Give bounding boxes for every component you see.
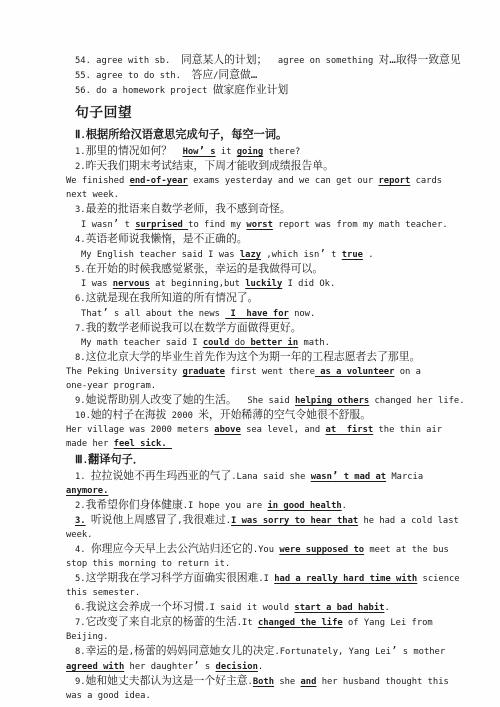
text-segment: it <box>216 147 237 157</box>
text-segment: at beginning,but <box>150 279 245 289</box>
text-segment: week. <box>66 530 92 540</box>
answer-text: 3. <box>75 516 86 526</box>
answer-text: in good health <box>268 501 342 511</box>
answer-text: end-of-year <box>130 176 188 186</box>
answer-text: at first <box>326 425 374 435</box>
answer-line: Her village was 2000 meters above sea le… <box>66 423 464 437</box>
answer-text: How’ s <box>183 147 216 157</box>
text-segment: That’ s all about the news <box>81 309 225 319</box>
text-segment: the thin air <box>373 425 442 435</box>
text-segment: one-year program. <box>66 381 156 391</box>
text-segment: made her <box>66 439 114 449</box>
text-segment: this semester. <box>66 588 140 598</box>
text-segment: 6.我说这会养成一个坏习惯.I said it would <box>75 603 294 613</box>
text-segment: he had a cold last <box>358 516 459 526</box>
text-segment: . <box>342 501 347 511</box>
answer-text: wasn’ t mad at <box>311 472 386 482</box>
exercise-item: 7.我的数学老师说我可以在数学方面做得更好。 <box>66 321 464 336</box>
exercise-item: 1.那里的情况如何？ How’ s it going there? <box>66 144 464 159</box>
text-segment: meet at the bus <box>364 545 449 555</box>
section-title: 句子回望 <box>66 104 464 124</box>
text-segment: 8.幸运的是,杨蕾的妈妈同意她女儿的决定.Fortunately, Yang L… <box>75 647 445 657</box>
answer-text: going <box>237 147 263 157</box>
vocab-item-55: 55. agree to do sth. 答应/同意做… <box>66 68 464 83</box>
answer-text: better in <box>250 338 298 348</box>
text-segment: 2.我希望你们身体健康.I hope you are <box>75 501 268 511</box>
answer-text: lazy <box>240 250 261 260</box>
answer-line: this semester. <box>66 586 464 600</box>
text-segment: to find my <box>188 220 246 230</box>
document-page: 54. agree with sb. 同意某人的计划； agree on som… <box>0 0 500 707</box>
text-segment: stop this morning to return it. <box>66 559 230 569</box>
text-segment: exams yesterday and we can get our <box>188 176 379 186</box>
answer-text: true <box>342 250 363 260</box>
text-segment: 56. do a homework project 做家庭作业计划 <box>75 86 288 96</box>
answer-text: I have for <box>225 309 289 319</box>
answer-line: Beijing. <box>66 630 464 644</box>
text-segment: 3.最差的批语来自数学老师，我不感到奇怪。 <box>75 205 291 215</box>
exercise-item: 3.最差的批语来自数学老师，我不感到奇怪。 <box>66 202 464 217</box>
text-segment: I was <box>81 279 113 289</box>
exercise-item: 6.这就是现在我所知道的所有情况了。 <box>66 291 464 306</box>
text-segment: . <box>258 662 263 672</box>
text-segment: now. <box>289 309 315 319</box>
answer-text: had a really hard time with <box>274 574 417 584</box>
vocab-item-56: 56. do a homework project 做家庭作业计划 <box>66 83 464 98</box>
exercise-item: 3. 听说他上周感冒了,我很难过.I was sorry to hear tha… <box>66 513 464 528</box>
exercise-item: 7.它改变了来自北京的杨蕾的生活.It changed the life of … <box>66 615 464 630</box>
answer-line: My math teacher said I could do better i… <box>66 336 464 350</box>
section-ii-heading: Ⅱ.根据所给汉语意思完成句子，每空一词。 <box>66 127 464 144</box>
answer-text: worst <box>246 220 272 230</box>
text-segment: 55. agree to do sth. 答应/同意做… <box>75 71 257 81</box>
text-segment: her daughter’ s <box>124 662 215 672</box>
answer-text: start a bad habit <box>294 603 384 613</box>
text-segment: Ⅲ.翻译句子． <box>75 456 144 466</box>
exercise-item: 8.幸运的是,杨蕾的妈妈同意她女儿的决定.Fortunately, Yang L… <box>66 644 464 659</box>
exercise-item: 6.我说这会养成一个坏习惯.I said it would start a ba… <box>66 600 464 615</box>
answer-text: agreed with <box>66 662 124 672</box>
text-segment: 句子回望 <box>75 110 132 120</box>
answer-text: helping others <box>295 396 369 406</box>
answer-text: and <box>301 677 317 687</box>
text-segment: math. <box>298 338 330 348</box>
exercise-item: 10.她的村子在海拔 2000 米，开始稀薄的空气令她很不舒服。 <box>66 408 464 423</box>
exercise-item: 9.她说帮助别人改变了她的生活。 She said helping others… <box>66 393 464 408</box>
exercise-item: 4. 你理应今天早上去公汽站归还它的.You were supposed to … <box>66 542 464 557</box>
text-segment: 听说他上周感冒了,我很难过. <box>86 516 231 526</box>
answer-line: one-year program. <box>66 379 464 393</box>
text-segment: sea level, and <box>241 425 326 435</box>
text-segment: 1. 拉拉说她不再生玛西亚的气了.Lana said she <box>75 472 311 482</box>
answer-text: could <box>203 338 229 348</box>
exercise-item: 2.我希望你们身体健康.I hope you are in good healt… <box>66 498 464 513</box>
text-segment: We finished <box>66 176 130 186</box>
text-segment: The Peking University <box>66 367 183 377</box>
answer-line: I was nervous at beginning,but luckily I… <box>66 277 464 291</box>
answer-line: That’ s all about the news I have for no… <box>66 306 464 321</box>
exercise-item: 5.这学期我在学习科学方面确实很困难.I had a really hard t… <box>66 571 464 586</box>
answer-line: anymore. <box>66 484 464 498</box>
exercise-item: 5.在开始的时候我感觉紧张，幸运的是我做得可以。 <box>66 262 464 277</box>
answer-text: feel sick. <box>114 439 172 449</box>
text-segment: 4.英语老师说我懒惰，是不正确的。 <box>75 235 248 245</box>
answer-text: were supposed to <box>279 545 364 555</box>
text-segment: 6.这就是现在我所知道的所有情况了。 <box>75 294 258 304</box>
answer-text: surprised <box>135 220 188 230</box>
text-segment: . <box>363 250 374 260</box>
answer-line: was a good idea. <box>66 689 464 703</box>
text-segment: Marcia <box>386 472 423 482</box>
text-segment: of Yang Lei from <box>343 618 433 628</box>
answer-line: agreed with her daughter’ s decision. <box>66 659 464 674</box>
exercise-item: 1. 拉拉说她不再生玛西亚的气了.Lana said she wasn’ t m… <box>66 469 464 484</box>
text-segment: Ⅱ.根据所给汉语意思完成句子，每空一词。 <box>75 131 287 141</box>
text-segment: 54. agree with sb. 同意某人的计划； agree on som… <box>75 56 461 66</box>
text-segment: her husband thought this <box>316 677 448 687</box>
answer-text: I was sorry to hear that <box>231 516 358 526</box>
exercise-item: 8.这位北京大学的毕业生首先作为这个为期一年的工程志愿者去了那里。 <box>66 350 464 365</box>
text-segment: science <box>417 574 459 584</box>
text-segment: 10.她的村子在海拔 2000 米，开始稀薄的空气令她很不舒服。 <box>75 411 371 421</box>
answer-line: The Peking University graduate first wen… <box>66 365 464 379</box>
exercise-item: 4.英语老师说我懒惰，是不正确的。 <box>66 232 464 247</box>
text-segment: 1.那里的情况如何？ <box>75 147 183 157</box>
answer-text: as a volunteer <box>315 367 394 377</box>
text-segment: . <box>384 603 389 613</box>
text-segment: changed her life. <box>369 396 464 406</box>
answer-text: changed the life <box>258 618 343 628</box>
answer-line: I wasn’ t surprised to find my worst rep… <box>66 217 464 232</box>
text-segment: ,which isn’ t <box>261 250 342 260</box>
text-segment: report was from my math teacher. <box>273 220 448 230</box>
text-segment: 5.这学期我在学习科学方面确实很困难.I <box>75 574 274 584</box>
answer-line: We finished end-of-year exams yesterday … <box>66 174 464 188</box>
text-segment: first went there <box>225 367 315 377</box>
answer-text: anymore. <box>66 486 108 496</box>
answer-line: stop this morning to return it. <box>66 557 464 571</box>
exercise-item: 2.昨天我们期末考试结束，下周才能收到成绩报告单。 <box>66 159 464 174</box>
text-segment: Beijing. <box>66 632 108 642</box>
text-segment: Her village was 2000 meters <box>66 425 214 435</box>
text-segment: she <box>274 677 300 687</box>
text-segment: 4. 你理应今天早上去公汽站归还它的.You <box>75 545 279 555</box>
text-segment: there? <box>263 147 300 157</box>
answer-line: My English teacher said I was lazy ,whic… <box>66 247 464 262</box>
answer-line: week. <box>66 528 464 542</box>
vocab-item-54: 54. agree with sb. 同意某人的计划； agree on som… <box>66 53 464 68</box>
answer-line: next week. <box>66 188 464 202</box>
text-segment: was a good idea. <box>66 691 151 701</box>
answer-text: luckily <box>245 279 282 289</box>
text-segment: on a <box>394 367 420 377</box>
document-content: 54. agree with sb. 同意某人的计划； agree on som… <box>0 0 500 703</box>
answer-text: graduate <box>183 367 225 377</box>
answer-text: do <box>229 338 250 348</box>
answer-text: Both <box>253 677 274 687</box>
text-segment: My English teacher said I was <box>81 250 240 260</box>
text-segment: I did Ok. <box>282 279 335 289</box>
text-segment: 9.她说帮助别人改变了她的生活。 She said <box>75 396 295 406</box>
answer-line: made her feel sick. <box>66 437 464 451</box>
text-segment: 2.昨天我们期末考试结束，下周才能收到成绩报告单。 <box>75 162 334 172</box>
text-segment: 5.在开始的时候我感觉紧张，幸运的是我做得可以。 <box>75 265 323 275</box>
text-segment: 9.她和她丈夫都认为这是一个好主意. <box>75 677 253 687</box>
section-iii-heading: Ⅲ.翻译句子． <box>66 452 464 469</box>
answer-text: decision <box>216 662 258 672</box>
text-segment: cards <box>410 176 442 186</box>
answer-text: report <box>379 176 411 186</box>
text-segment: 8.这位北京大学的毕业生首先作为这个为期一年的工程志愿者去了那里。 <box>75 353 420 363</box>
answer-text: nervous <box>113 279 150 289</box>
exercise-item: 9.她和她丈夫都认为这是一个好主意.Both she and her husba… <box>66 674 464 689</box>
text-segment: 7.我的数学老师说我可以在数学方面做得更好。 <box>75 324 302 334</box>
text-segment: I wasn’ t <box>81 220 135 230</box>
text-segment: 7.它改变了来自北京的杨蕾的生活.It <box>75 618 258 628</box>
text-segment: next week. <box>66 190 119 200</box>
answer-text: above <box>214 425 240 435</box>
text-segment: My math teacher said I <box>81 338 203 348</box>
